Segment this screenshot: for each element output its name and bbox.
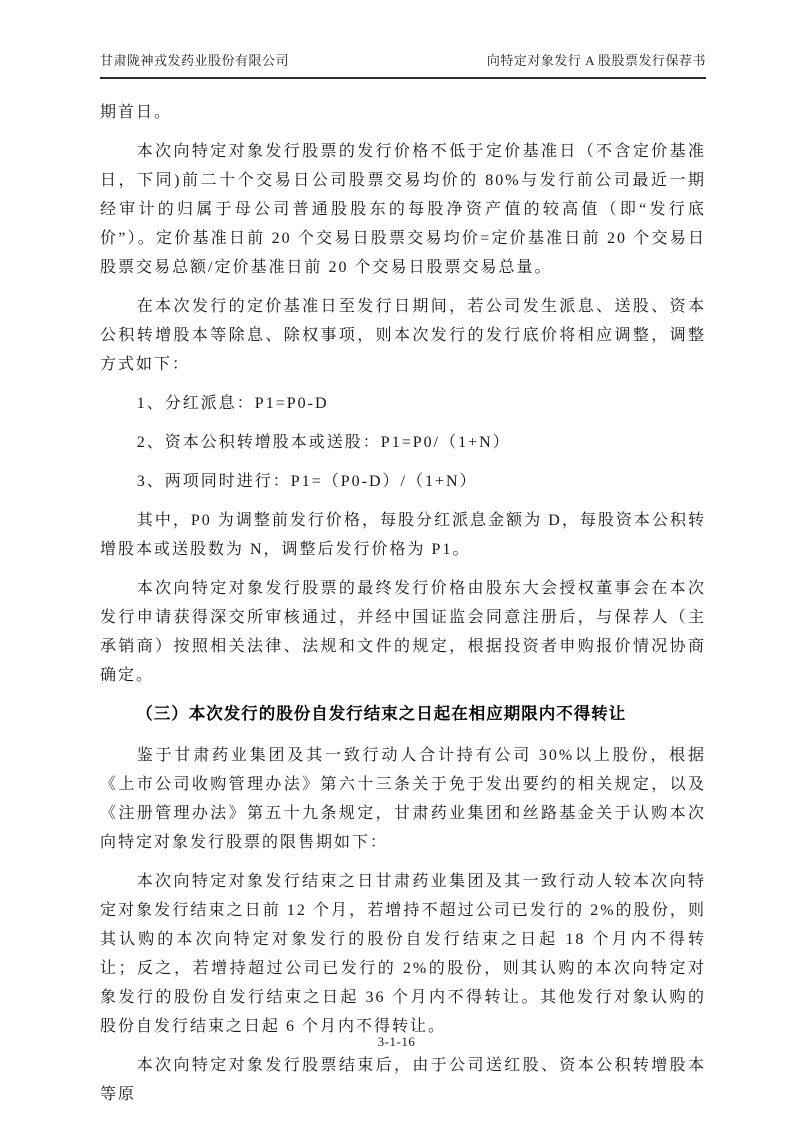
paragraph-lockup-basis: 鉴于甘肃药业集团及其一致行动人合计持有公司 30%以上股份，根据《上市公司收购管… (100, 741, 706, 857)
formula-item-combined: 3、两项同时进行：P1=（P0-D）/（1+N） (100, 467, 706, 496)
page-header: 甘肃陇神戎发药业股份有限公司 向特定对象发行 A 股股票发行保荐书 (100, 50, 706, 79)
page-content: 甘肃陇神戎发药业股份有限公司 向特定对象发行 A 股股票发行保荐书 期首日。 本… (100, 50, 706, 1119)
formula-item-dividend: 1、分红派息：P1=P0-D (100, 389, 706, 418)
page-number: 3-1-16 (378, 1034, 416, 1049)
header-document-title: 向特定对象发行 A 股股票发行保荐书 (487, 50, 706, 69)
formula-item-capitalization: 2、资本公积转增股本或送股：P1=P0/（1+N） (100, 428, 706, 457)
section-heading-lockup: （三）本次发行的股份自发行结束之日起在相应期限内不得转让 (100, 700, 706, 729)
paragraph-variable-definitions: 其中，P0 为调整前发行价格，每股分红派息金额为 D，每股资本公积转增股本或送股… (100, 506, 706, 564)
paragraph-final-price-determination: 本次向特定对象发行股票的最终发行价格由股东大会授权董事会在本次发行申请获得深交所… (100, 574, 706, 690)
paragraph-lockup-periods: 本次向特定对象发行结束之日甘肃药业集团及其一致行动人较本次向特定对象发行结束之日… (100, 867, 706, 1041)
paragraph-post-issuance: 本次向特定对象发行股票结束后，由于公司送红股、资本公积转增股本等原 (100, 1051, 706, 1109)
paragraph-adjustment-intro: 在本次发行的定价基准日至发行日期间，若公司发生派息、送股、资本公积转增股本等除息… (100, 292, 706, 379)
page-footer: 3-1-16 (0, 1034, 793, 1050)
header-company-name: 甘肃陇神戎发药业股份有限公司 (100, 50, 289, 69)
paragraph-pricing-basis: 本次向特定对象发行股票的发行价格不低于定价基准日（不含定价基准日，下同)前二十个… (100, 137, 706, 282)
document-page: 甘肃陇神戎发药业股份有限公司 向特定对象发行 A 股股票发行保荐书 期首日。 本… (0, 0, 793, 1122)
paragraph-continuation: 期首日。 (100, 98, 706, 127)
document-body: 期首日。 本次向特定对象发行股票的发行价格不低于定价基准日（不含定价基准日，下同… (100, 98, 706, 1109)
